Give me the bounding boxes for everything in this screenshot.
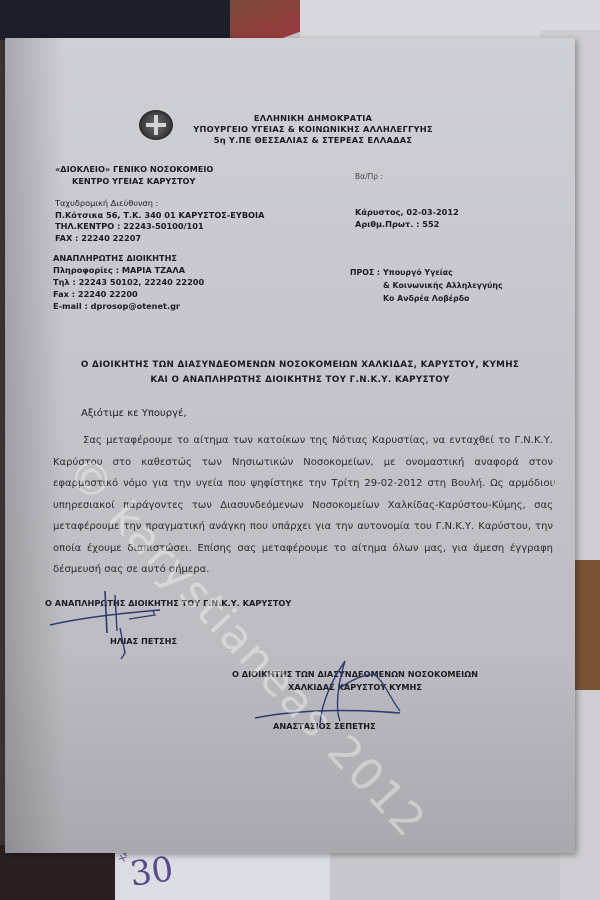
letterhead-republic: ΕΛΛΗΝΙΚΗ ΔΗΜΟΚΡΑΤΙΑ (213, 113, 413, 123)
coat-of-arms-icon (139, 110, 173, 140)
subject-line-2: ΚΑΙ Ο ΑΝΑΠΛΗΡΩΤΗΣ ΔΙΟΙΚΗΤΗΣ ΤΟΥ Γ.Ν.Κ.Υ.… (30, 373, 570, 388)
side-scribble: ~ (550, 479, 558, 485)
subject-line-1: Ο ΔΙΟΙΚΗΤΗΣ ΤΩΝ ΔΙΑΣΥΝΔΕΟΜΕΝΩΝ ΝΟΣΟΚΟΜΕΙ… (30, 358, 570, 373)
contact-fax: Fax : 22240 22200 (53, 288, 204, 300)
fax-number: FAX : 22240 22207 (55, 233, 264, 245)
reference-block: Κάρυστος, 02-03-2012 Αριθμ.Πρωτ. : 552 (355, 206, 459, 230)
salutation: Αξιότιμε κε Υπουργέ, (81, 408, 187, 419)
letter-page: ΕΛΛΗΝΙΚΗ ΔΗΜΟΚΡΑΤΙΑ ΥΠΟΥΡΓΕΙΟ ΥΓΕΙΑΣ & Κ… (5, 38, 575, 853)
recipient-label: ΠΡΟΣ : (350, 266, 383, 279)
recipient-line-1: Υπουργό Υγείας (383, 268, 453, 277)
subject-heading: Ο ΔΙΟΙΚΗΤΗΣ ΤΩΝ ΔΙΑΣΥΝΔΕΟΜΕΝΩΝ ΝΟΣΟΚΟΜΕΙ… (30, 358, 570, 388)
background-dark-bottom (0, 845, 130, 900)
recipient-line-3: Κο Ανδρέα Λοβέρδο (350, 292, 503, 305)
background-dark-object (0, 0, 250, 40)
recipient-block: ΠΡΟΣ :Υπουργό Υγείας & Κοινωνικής Αλληλε… (350, 266, 503, 305)
sender-center: ΚΕΝΤΡΟ ΥΓΕΙΑΣ ΚΑΡΥΣΤΟΥ (55, 175, 213, 187)
phone-center: ΤΗΛ.ΚΕΝΤΡΟ : 22243-50100/101 (55, 221, 264, 233)
contact-email: E-mail : dprosop@otenet.gr (53, 300, 204, 312)
first-signatory-name: ΗΛΙΑΣ ΠΕΤΣΗΣ (110, 636, 177, 646)
recipient-line-2: & Κοινωνικής Αλληλεγγύης (350, 279, 503, 292)
sender-block: «ΔΙΟΚΛΕΙΟ» ΓΕΝΙΚΟ ΝΟΣΟΚΟΜΕΙΟ ΚΕΝΤΡΟ ΥΓΕΙ… (55, 163, 213, 187)
contact-block: ΑΝΑΠΛΗΡΩΤΗΣ ΔΙΟΙΚΗΤΗΣ Πληροφορίες : ΜΑΡΙ… (53, 252, 204, 312)
reference-bapr: Βα/Πρ : (355, 172, 383, 181)
letter-date: Κάρυστος, 02-03-2012 (355, 206, 459, 218)
protocol-number: Αριθμ.Πρωτ. : 552 (355, 218, 459, 230)
magazine-number: 30 (127, 849, 175, 895)
letterhead-region: 5η Υ.ΠΕ ΘΕΣΣΑΛΙΑΣ & ΣΤΕΡΕΑΣ ΕΛΛΑΔΑΣ (183, 135, 443, 145)
letterhead-ministry: ΥΠΟΥΡΓΕΙΟ ΥΓΕΙΑΣ & ΚΟΙΝΩΝΙΚΗΣ ΑΛΛΗΛΕΓΓΥΗ… (173, 124, 453, 134)
contact-tel: Τηλ : 22243 50102, 22240 22200 (53, 276, 204, 288)
contact-role: ΑΝΑΠΛΗΡΩΤΗΣ ΔΙΟΙΚΗΤΗΣ (53, 252, 204, 264)
postal-label: Ταχυδρομική Διεύθυνση : (55, 198, 264, 210)
postal-address: Π.Κότσικα 56, Τ.Κ. 340 01 ΚΑΡΥΣΤΟΣ-ΕΥΒΟΙ… (55, 210, 264, 222)
sender-hospital: «ΔΙΟΚΛΕΙΟ» ΓΕΝΙΚΟ ΝΟΣΟΚΟΜΕΙΟ (55, 163, 213, 175)
background-paper-bottom (330, 850, 560, 900)
address-block: Ταχυδρομική Διεύθυνση : Π.Κότσικα 56, Τ.… (55, 198, 264, 244)
contact-info: Πληροφορίες : ΜΑΡΙΑ ΤΖΑΛΑ (53, 264, 204, 276)
